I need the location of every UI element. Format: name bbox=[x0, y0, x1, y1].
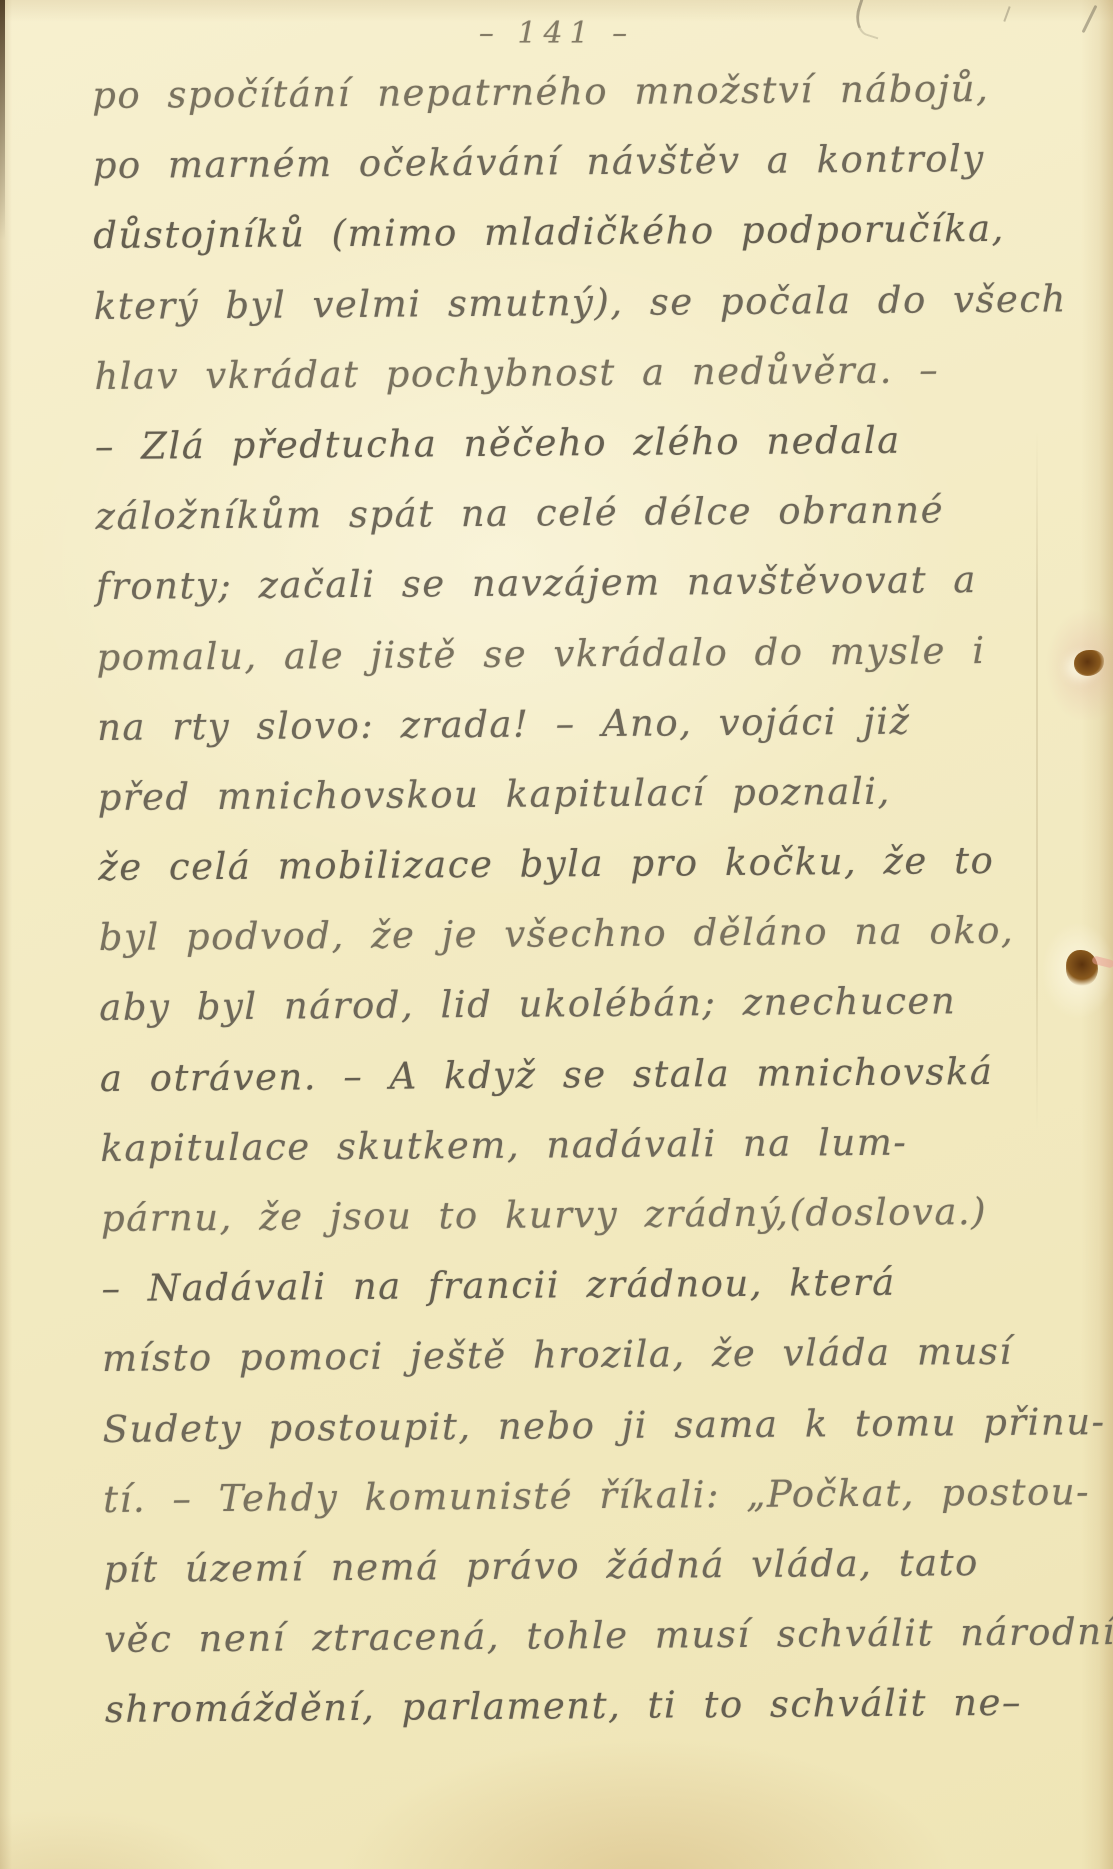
handwritten-line: který byl velmi smutný), se počala do vš… bbox=[94, 277, 1075, 355]
handwritten-line: pomalu, ale jistě se vkrádalo do mysle i bbox=[96, 628, 1077, 706]
handwritten-line: shromáždění, parlament, ti to schválit n… bbox=[105, 1681, 1086, 1759]
handwritten-line: že celá mobilizace byla pro kočku, že to bbox=[98, 838, 1079, 916]
handwritten-line: byl podvod, že je všechno děláno na oko, bbox=[99, 909, 1080, 987]
manuscript-page: { "page": { "number_label": "– 141 –", "… bbox=[0, 0, 1113, 1869]
handwritten-line: tí. – Tehdy komunisté říkali: „Počkat, p… bbox=[103, 1470, 1084, 1548]
handwritten-line: – Zlá předtucha něčeho zlého nedala bbox=[95, 417, 1076, 495]
handwritten-line: pít území nemá právo žádná vláda, tato bbox=[104, 1540, 1085, 1618]
handwritten-line: fronty; začali se navzájem navštěvovat a bbox=[96, 558, 1077, 636]
handwritten-line: po spočítání nepatrného množství nábojů, bbox=[92, 66, 1073, 144]
handwritten-line: – Nadávali na francii zrádnou, která bbox=[101, 1259, 1082, 1337]
handwritten-line: záložníkům spát na celé délce obranné bbox=[95, 487, 1076, 565]
page-number: – 141 – bbox=[0, 16, 1113, 51]
handwritten-line: po marném očekávání návštěv a kontroly bbox=[93, 136, 1074, 214]
handwritten-line: místo pomoci ještě hrozila, že vláda mus… bbox=[102, 1330, 1083, 1408]
handwritten-line: důstojníků (mimo mladičkého podporučíka, bbox=[93, 207, 1074, 285]
handwritten-line: párnu, že jsou to kurvy zrádný,(doslova.… bbox=[101, 1189, 1082, 1267]
handwritten-line: kapitulace skutkem, nadávali na lum- bbox=[100, 1119, 1081, 1197]
handwritten-line: před mnichovskou kapitulací poznali, bbox=[98, 768, 1079, 846]
handwritten-line: aby byl národ, lid ukolébán; znechucen bbox=[99, 979, 1080, 1057]
handwritten-text-block: po spočítání nepatrného množství nábojů,… bbox=[92, 66, 1085, 1758]
handwritten-line: a otráven. – A když se stala mnichovská bbox=[100, 1049, 1081, 1127]
handwritten-line: věc není ztracená, tohle musí schválit n… bbox=[104, 1610, 1085, 1688]
handwritten-line: hlav vkrádat pochybnost a nedůvěra. – bbox=[94, 347, 1075, 425]
handwritten-line: Sudety postoupit, nebo ji sama k tomu př… bbox=[102, 1400, 1083, 1478]
handwritten-line: na rty slovo: zrada! – Ano, vojáci již bbox=[97, 698, 1078, 776]
